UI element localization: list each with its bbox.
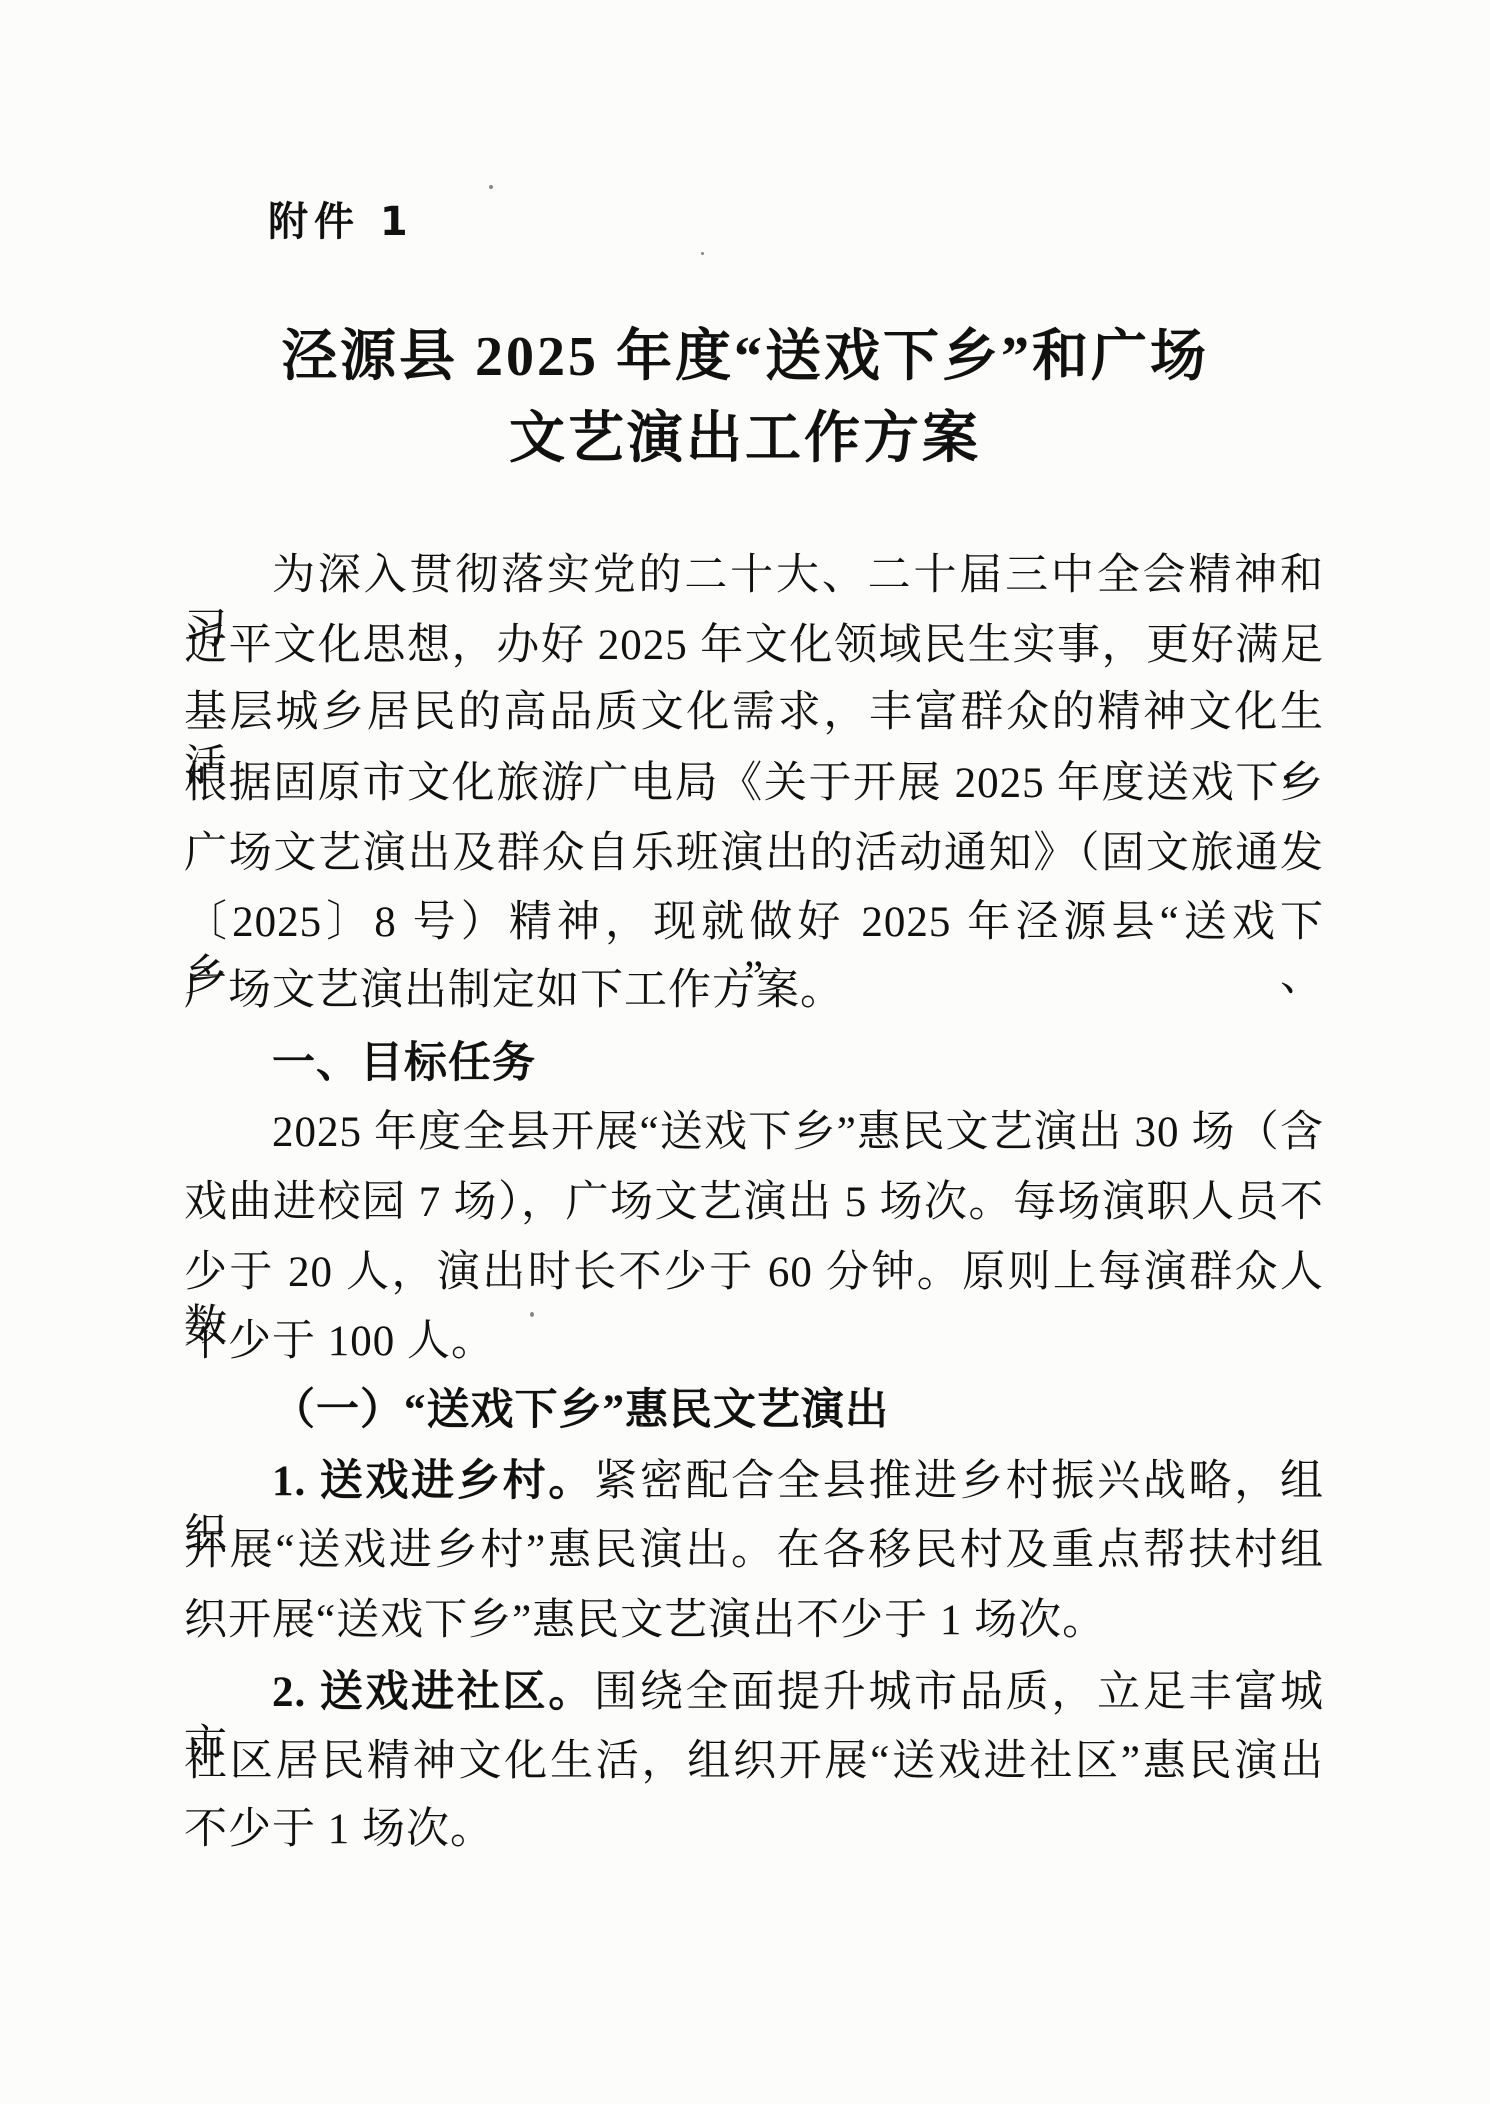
scanned-document-page: 附件 1 泾源县 2025 年度“送戏下乡”和广场 文艺演出工作方案 为深入贯彻…	[0, 0, 1490, 2104]
document-line: 广场文艺演出及群众自乐班演出的活动通知》（固文旅通发	[184, 827, 1324, 881]
section-heading-songxi-xiaxiang: （一）“送戏下乡”惠民文艺演出	[184, 1384, 1324, 1438]
document-title-line1: 泾源县 2025 年度“送戏下乡”和广场	[0, 316, 1490, 398]
document-title: 泾源县 2025 年度“送戏下乡”和广场 文艺演出工作方案	[0, 316, 1490, 480]
scan-speck	[701, 252, 704, 255]
scan-speck	[530, 1312, 534, 1317]
document-line: 根据固原市文化旅游广电局《关于开展 2025 年度送戏下乡	[184, 757, 1324, 811]
document-line: 不少于 100 人。	[184, 1315, 1324, 1369]
document-line: 不少于 1 场次。	[184, 1803, 1324, 1857]
attachment-label: 附件 1	[268, 190, 414, 247]
section-heading-goals: 一、目标任务	[184, 1037, 1324, 1091]
document-line: 广场文艺演出制定如下工作方案。	[184, 964, 1324, 1018]
document-line: 戏曲进校园 7 场），广场文艺演出 5 场次。每场演职人员不	[184, 1176, 1324, 1230]
document-line: 2025 年度全县开展“送戏下乡”惠民文艺演出 30 场（含	[184, 1106, 1324, 1160]
item-2-label: 2. 送戏进社区。	[272, 1669, 594, 1716]
document-title-line2: 文艺演出工作方案	[0, 398, 1490, 480]
document-line: 社区居民精神文化生活，组织开展“送戏进社区”惠民演出	[184, 1735, 1324, 1789]
scan-speck	[640, 1424, 643, 1427]
item-1-label: 1. 送戏进乡村。	[272, 1458, 594, 1505]
document-line: 近平文化思想，办好 2025 年文化领域民生实事，更好满足	[184, 619, 1324, 673]
document-line: 织开展“送戏下乡”惠民文艺演出不少于 1 场次。	[184, 1594, 1324, 1648]
scan-speck	[489, 185, 493, 189]
document-line: 开展“送戏进乡村”惠民演出。在各移民村及重点帮扶村组	[184, 1524, 1324, 1578]
